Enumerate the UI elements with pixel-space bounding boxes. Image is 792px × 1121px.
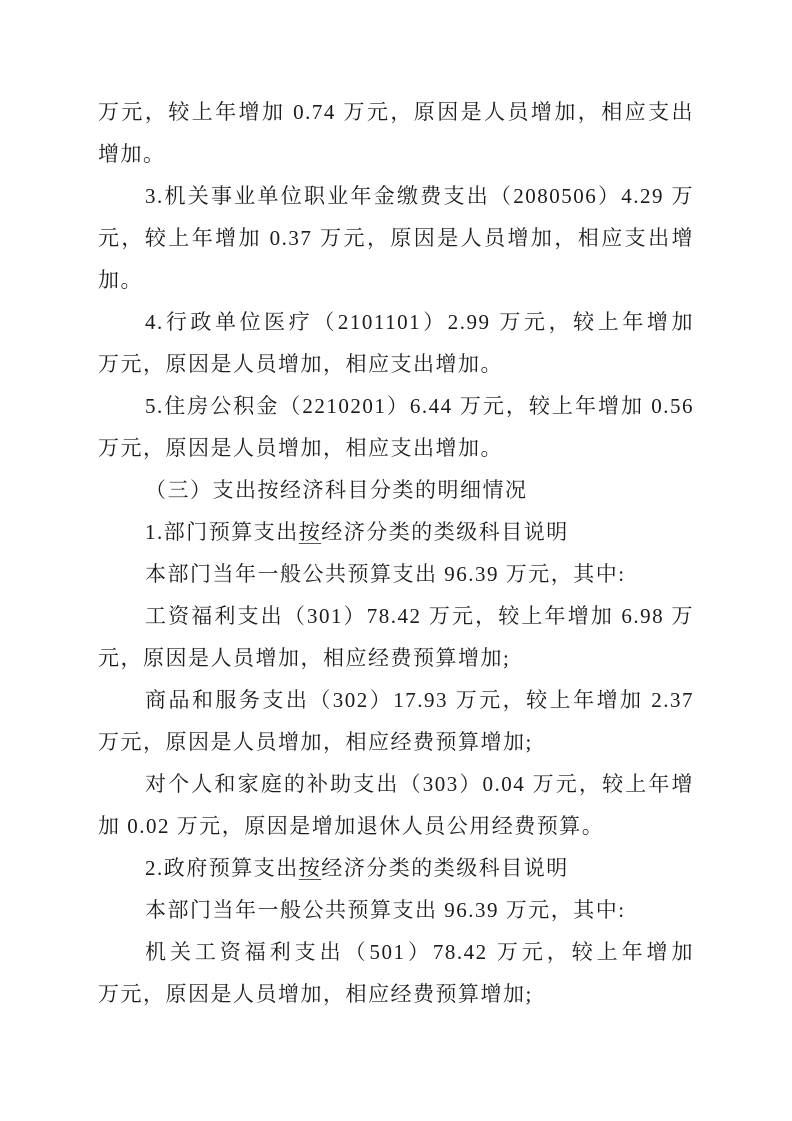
text-line: 1.部门预算支出按经济分类的类级科目说明 bbox=[98, 511, 694, 553]
text-line: 5.住房公积金（2210201）6.44 万元，较上年增加 0.56 bbox=[98, 385, 694, 427]
text-line: 工资福利支出（301）78.42 万元，较上年增加 6.98 万 bbox=[98, 595, 694, 637]
text-line: 加。 bbox=[98, 259, 694, 301]
text-line: 本部门当年一般公共预算支出 96.39 万元，其中: bbox=[98, 553, 694, 595]
text-segment: 本部门当年一般公共预算支出 96.39 万元，其中: bbox=[145, 562, 626, 586]
text-line: 商品和服务支出（302）17.93 万元，较上年增加 2.37 bbox=[98, 679, 694, 721]
text-segment: 元，较上年增加 0.37 万元，原因是人员增加，相应支出增 bbox=[98, 226, 694, 250]
text-segment: 5.住房公积金（2210201）6.44 万元，较上年增加 0.56 bbox=[145, 394, 694, 418]
text-segment: 3.机关事业单位职业年金缴费支出（2080506）4.29 万 bbox=[145, 184, 694, 208]
text-segment: 加。 bbox=[98, 268, 143, 292]
text-segment: 元，原因是人员增加，相应经费预算增加; bbox=[98, 646, 510, 670]
text-segment: 万元，原因是人员增加，相应经费预算增加; bbox=[98, 982, 533, 1006]
text-line: 增加。 bbox=[98, 133, 694, 175]
text-line: 对个人和家庭的补助支出（303）0.04 万元，较上年增 bbox=[98, 763, 694, 805]
text-line: 万元，较上年增加 0.74 万元，原因是人员增加，相应支出 bbox=[98, 91, 694, 133]
text-segment: 经济分类的类级科目说明 bbox=[321, 520, 569, 544]
text-line: 4.行政单位医疗（2101101）2.99 万元，较上年增加 0.25 bbox=[98, 301, 694, 343]
document-page: 万元，较上年增加 0.74 万元，原因是人员增加，相应支出增加。3.机关事业单位… bbox=[0, 0, 792, 1121]
text-line: 2.政府预算支出按经济分类的类级科目说明 bbox=[98, 847, 694, 889]
underlined-text: 按 bbox=[299, 520, 322, 544]
text-segment: 1.部门预算支出 bbox=[145, 520, 299, 544]
text-segment: 本部门当年一般公共预算支出 96.39 万元，其中: bbox=[145, 898, 626, 922]
text-segment: 4.行政单位医疗（2101101）2.99 万元，较上年增加 0.25 bbox=[145, 310, 694, 343]
text-segment: 2.政府预算支出 bbox=[145, 856, 299, 880]
text-segment: （三）支出按经济科目分类的明细情况 bbox=[145, 478, 528, 502]
text-line: 本部门当年一般公共预算支出 96.39 万元，其中: bbox=[98, 889, 694, 931]
text-line: 元，原因是人员增加，相应经费预算增加; bbox=[98, 637, 694, 679]
underlined-text: 按 bbox=[299, 856, 322, 880]
text-line: 万元，原因是人员增加，相应经费预算增加; bbox=[98, 973, 694, 1015]
text-segment: 万元，原因是人员增加，相应经费预算增加; bbox=[98, 730, 533, 754]
text-line: 万元，原因是人员增加，相应支出增加。 bbox=[98, 427, 694, 469]
text-segment: 经济分类的类级科目说明 bbox=[321, 856, 569, 880]
text-segment: 万元，较上年增加 0.74 万元，原因是人员增加，相应支出 bbox=[98, 100, 694, 124]
text-segment: 万元，原因是人员增加，相应支出增加。 bbox=[98, 436, 503, 460]
text-segment: 工资福利支出（301）78.42 万元，较上年增加 6.98 万 bbox=[145, 604, 694, 628]
text-line: 机关工资福利支出（501）78.42 万元，较上年增加 6.89 bbox=[98, 931, 694, 973]
text-line: 元，较上年增加 0.37 万元，原因是人员增加，相应支出增 bbox=[98, 217, 694, 259]
text-segment: 增加。 bbox=[98, 142, 166, 166]
text-segment: 对个人和家庭的补助支出（303）0.04 万元，较上年增 bbox=[145, 772, 694, 796]
text-segment: 机关工资福利支出（501）78.42 万元，较上年增加 6.89 bbox=[145, 940, 694, 973]
document-body: 万元，较上年增加 0.74 万元，原因是人员增加，相应支出增加。3.机关事业单位… bbox=[98, 91, 694, 1015]
text-segment: 加 0.02 万元，原因是增加退休人员公用经费预算。 bbox=[98, 814, 604, 838]
text-line: 万元，原因是人员增加，相应支出增加。 bbox=[98, 343, 694, 385]
text-line: （三）支出按经济科目分类的明细情况 bbox=[98, 469, 694, 511]
text-line: 加 0.02 万元，原因是增加退休人员公用经费预算。 bbox=[98, 805, 694, 847]
text-line: 3.机关事业单位职业年金缴费支出（2080506）4.29 万 bbox=[98, 175, 694, 217]
text-line: 万元，原因是人员增加，相应经费预算增加; bbox=[98, 721, 694, 763]
text-segment: 商品和服务支出（302）17.93 万元，较上年增加 2.37 bbox=[145, 688, 694, 712]
text-segment: 万元，原因是人员增加，相应支出增加。 bbox=[98, 352, 503, 376]
